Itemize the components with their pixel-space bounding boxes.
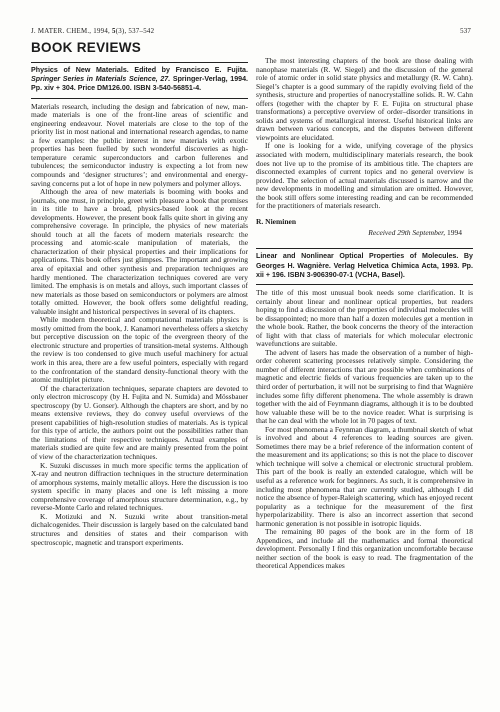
journal-citation-suffix: (3), 537–542 bbox=[116, 28, 155, 35]
review1-paragraph: If one is looking for a wide, unifying c… bbox=[256, 142, 473, 210]
page-number: 537 bbox=[460, 28, 471, 35]
review1-paragraph: Materials research, including the design… bbox=[31, 103, 248, 188]
review2-paragraph: The title of this most unusual book need… bbox=[256, 289, 473, 349]
review2-paragraph: The remaining 80 pages of the book are i… bbox=[256, 528, 473, 571]
rule-below-bib2 bbox=[256, 284, 473, 285]
review1-bib-editor: Edited by Francisco E. Fujita. bbox=[129, 66, 248, 74]
review1-paragraph: K. Suzuki discusses in much more specifi… bbox=[31, 462, 248, 513]
review1-bibliography: Physics of New Materials. Edited by Fran… bbox=[31, 63, 248, 98]
review1-bib-series: Springer Series in Materials Science, 27… bbox=[31, 75, 170, 83]
review1-book-title: Physics of New Materials. bbox=[31, 66, 129, 74]
section-title: BOOK REVIEWS bbox=[31, 40, 248, 55]
review2-block: Linear and Nonlinear Optical Properties … bbox=[256, 248, 473, 571]
review2-paragraph: For most phenomena a Feynman diagram, a … bbox=[256, 426, 473, 529]
right-column: The most interesting chapters of the boo… bbox=[256, 57, 473, 571]
journal-citation-prefix: J. MATER. CHEM., 1994, bbox=[31, 28, 112, 35]
received-date-italic: Received 29th September, bbox=[368, 228, 445, 237]
review1-paragraph: K. Motizuki and N. Suzuki write about tr… bbox=[31, 513, 248, 547]
review1-paragraph: Of the characterization techniques, sepa… bbox=[31, 385, 248, 462]
received-date-year: 1994 bbox=[445, 228, 462, 237]
review1-paragraph: Although the area of new materials is bo… bbox=[31, 188, 248, 316]
left-column: BOOK REVIEWS Physics of New Materials. E… bbox=[31, 40, 248, 547]
review1-paragraph: While modern theoretical and computation… bbox=[31, 316, 248, 384]
journal-citation: J. MATER. CHEM., 1994, 5(3), 537–542 bbox=[31, 28, 154, 35]
review1-paragraph: The most interesting chapters of the boo… bbox=[256, 57, 473, 142]
review2-bibliography: Linear and Nonlinear Optical Properties … bbox=[256, 249, 473, 284]
review2-book-title: Linear and Nonlinear Optical Properties … bbox=[256, 252, 458, 260]
journal-page: J. MATER. CHEM., 1994, 5(3), 537–542 537… bbox=[0, 0, 500, 712]
rule-below-bib1 bbox=[31, 98, 248, 99]
review2-paragraph: The advent of lasers has made the observ… bbox=[256, 349, 473, 426]
reviewer-signature: R. Nieminen bbox=[256, 217, 473, 226]
received-date: Received 29th September, 1994 bbox=[256, 228, 473, 237]
